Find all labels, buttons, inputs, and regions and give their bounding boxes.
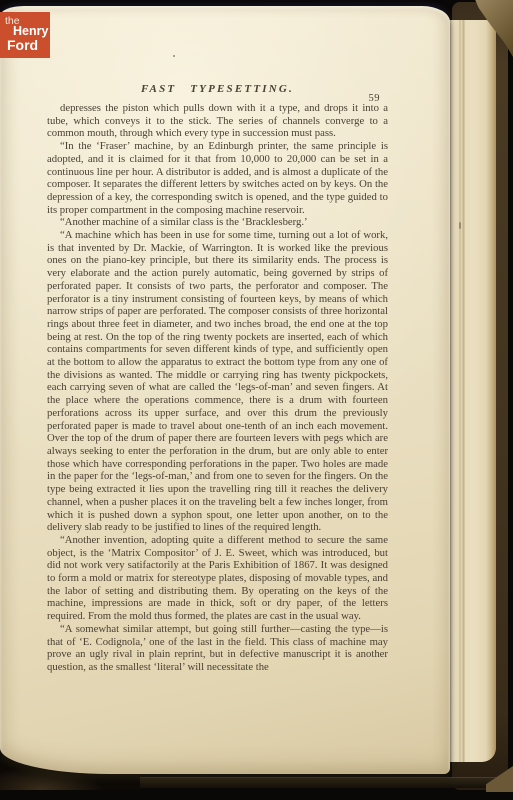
paragraph: depresses the piston which pulls down wi… — [47, 102, 388, 140]
page-body-text: depresses the piston which pulls down wi… — [47, 102, 388, 674]
logo-text-henry: Henry — [13, 25, 48, 38]
paragraph: “Another machine of a similar class is t… — [47, 216, 388, 229]
page-header-row: FAST TYPESETTING. 59 — [47, 83, 388, 103]
logo-text-ford: Ford — [7, 38, 38, 52]
paragraph: “A machine which has been in use for som… — [47, 229, 388, 534]
book-page: FAST TYPESETTING. 59 depresses the pisto… — [0, 6, 450, 774]
book-scan-photo: FAST TYPESETTING. 59 depresses the pisto… — [0, 0, 513, 800]
paragraph: “In the ‘Fraser’ machine, by an Edinburg… — [47, 140, 388, 216]
henry-ford-logo: the Henry Ford — [0, 12, 50, 58]
fore-edge-ink-mark — [459, 222, 461, 229]
paragraph: “A somewhat similar attempt, but going s… — [47, 623, 388, 674]
running-header: FAST TYPESETTING. — [47, 83, 388, 95]
paper-speck — [173, 55, 175, 57]
paragraph: “Another invention, adopting quite a dif… — [47, 534, 388, 623]
